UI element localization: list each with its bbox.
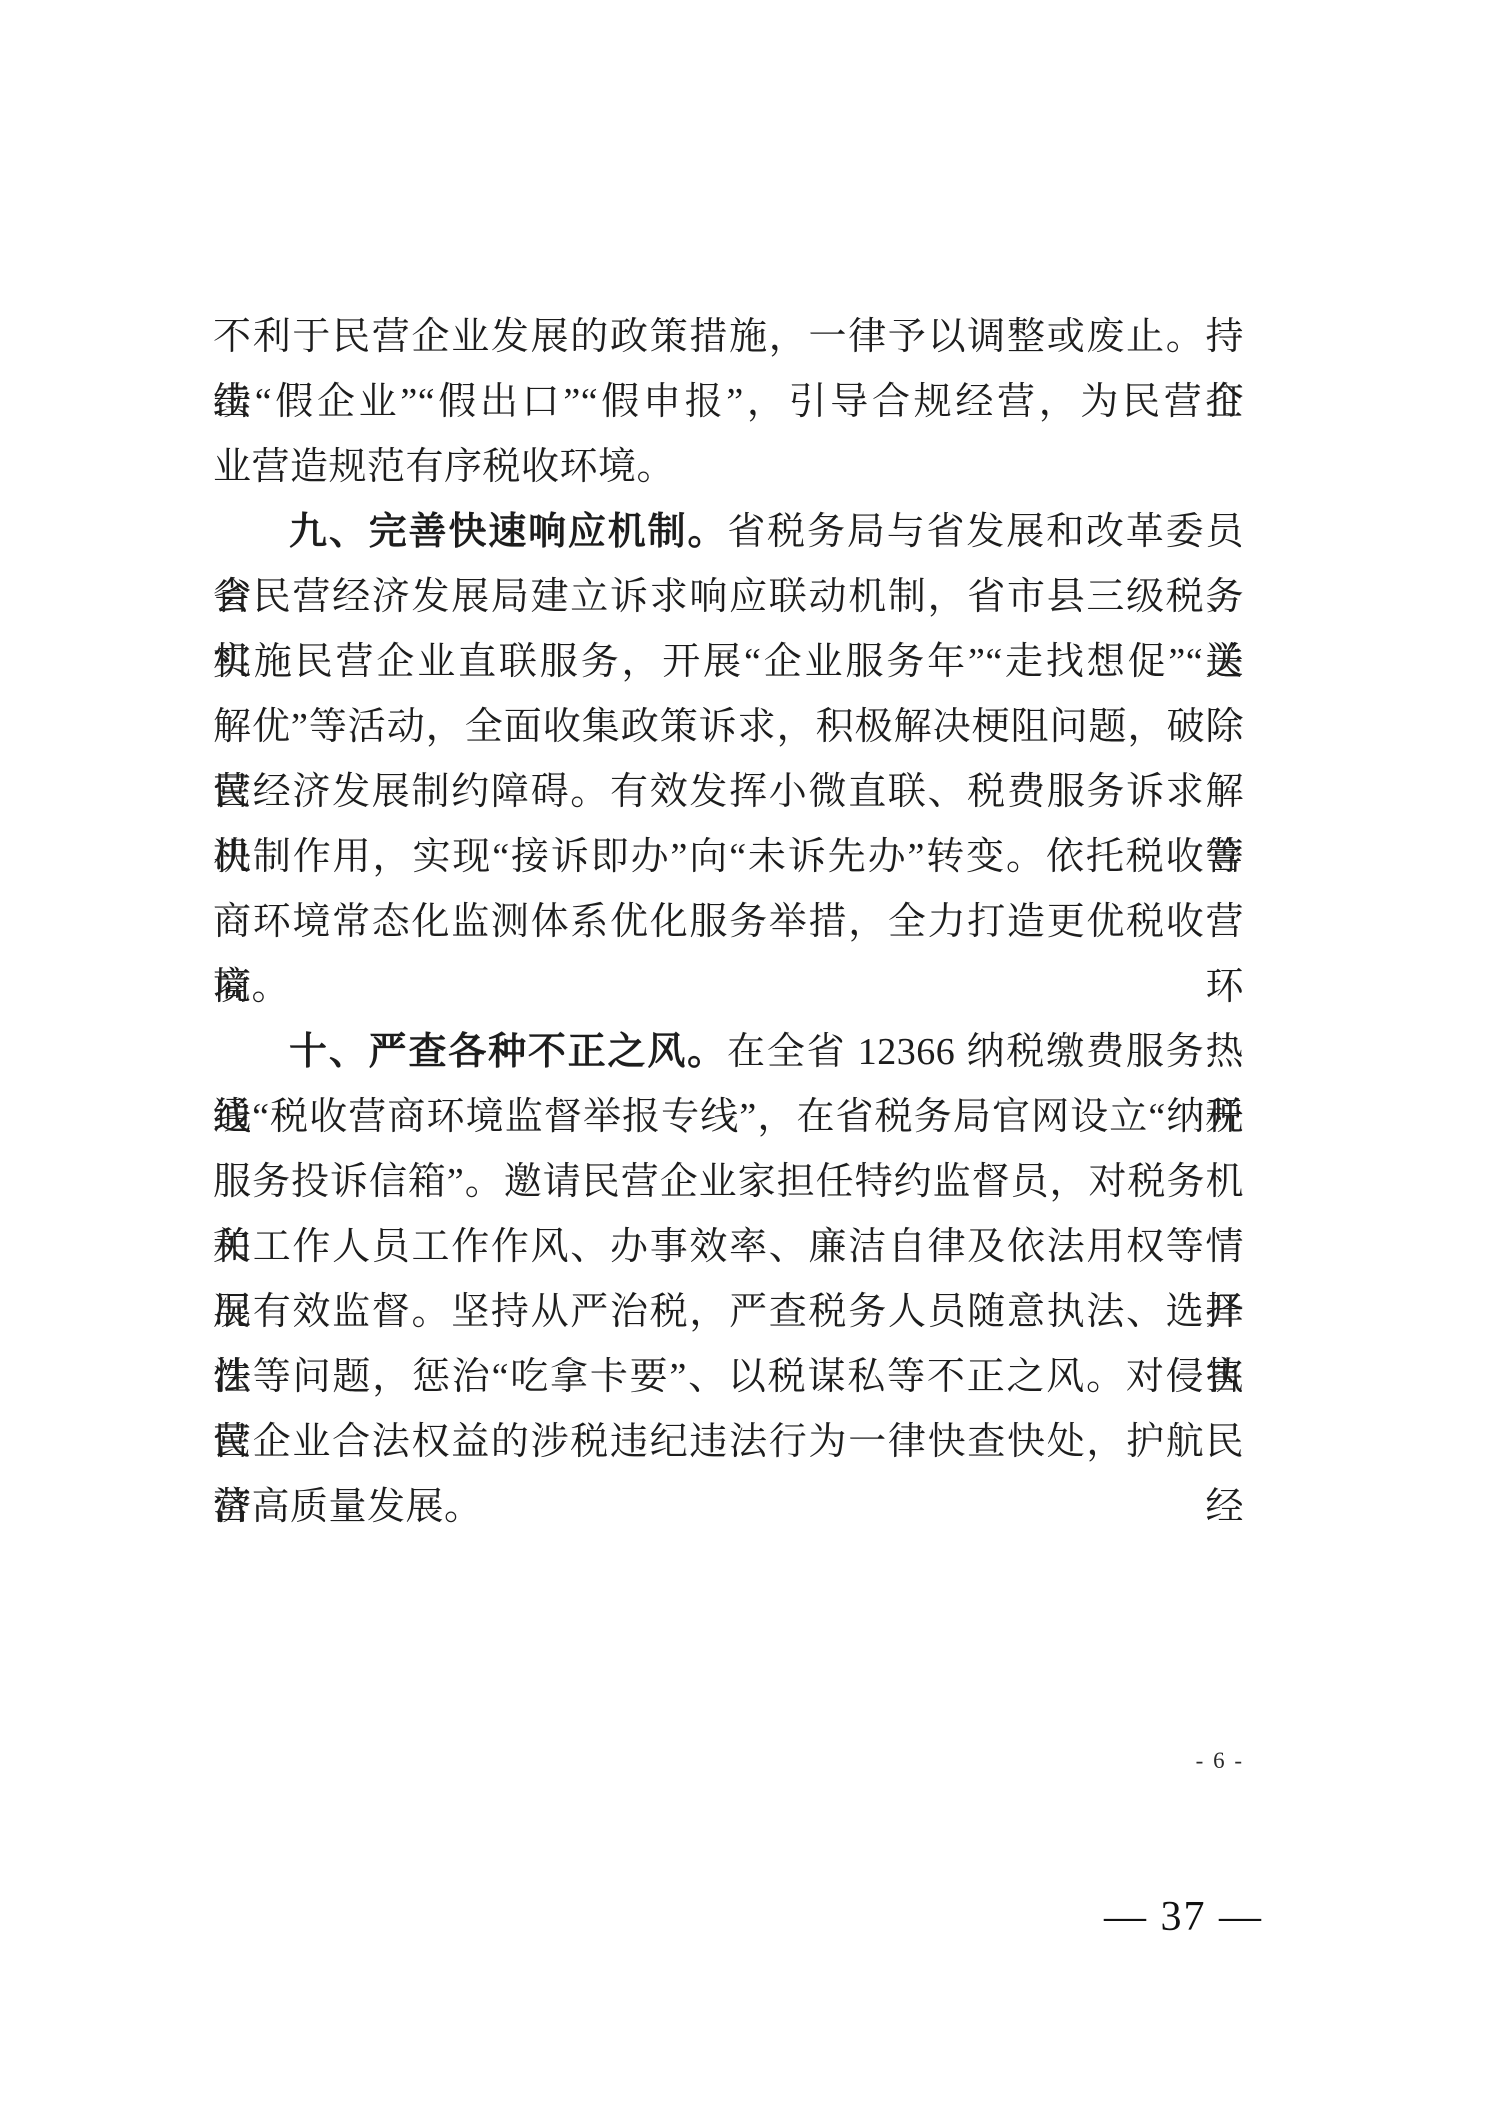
body-line-text: 商环境常态化监测体系优化服务举措，全力打造更优税收营商环 <box>213 901 1244 1008</box>
body-line: 营经济发展制约障碍。有效发挥小微直联、税费服务诉求解决等 <box>213 760 1244 825</box>
body-line: 法等问题，惩治“吃拿卡要”、以税谋私等不正之风。对侵害民 <box>213 1345 1244 1410</box>
body-line: 击“假企业”“假出口”“假申报”，引导合规经营，为民营企 <box>213 370 1244 435</box>
body-line-text: 通“税收营商环境监督举报专线”，在省税务局官网设立“纳税 <box>213 1096 1244 1138</box>
body-line: 服务投诉信箱”。邀请民营企业家担任特约监督员，对税务机关 <box>213 1150 1244 1215</box>
body-line: 商环境常态化监测体系优化服务举措，全力打造更优税收营商环 <box>213 890 1244 955</box>
corner-page-mark: - 6 - <box>1196 1748 1244 1774</box>
body-line: 营企业合法权益的涉税违纪违法行为一律快查快处，护航民营经 <box>213 1410 1244 1475</box>
body-line-text: 境。 <box>213 966 290 1008</box>
body-line: 省民营经济发展局建立诉求响应联动机制，省市县三级税务机关 <box>213 565 1244 630</box>
paragraph-1: 不利于民营企业发展的政策措施，一律予以调整或废止。持续打 击“假企业”“假出口”… <box>213 305 1244 500</box>
body-line: 展有效监督。坚持从严治税，严查税务人员随意执法、选择性执 <box>213 1280 1244 1345</box>
paragraph-3: 十、严查各种不正之风。在全省 12366 纳税缴费服务热线开 通“税收营商环境监… <box>213 1020 1244 1540</box>
body-line: 解优”等活动，全面收集政策诉求，积极解决梗阻问题，破除民 <box>213 695 1244 760</box>
body-line: 机制作用，实现“接诉即办”向“未诉先办”转变。依托税收营 <box>213 825 1244 890</box>
body-line: 通“税收营商环境监督举报专线”，在省税务局官网设立“纳税 <box>213 1085 1244 1150</box>
section-heading: 十、严查各种不正之风。 <box>289 1031 727 1073</box>
body-line-text: 机制作用，实现“接诉即办”向“未诉先办”转变。依托税收营 <box>213 836 1244 878</box>
body-line: 和工作人员工作作风、办事效率、廉洁自律及依法用权等情况开 <box>213 1215 1244 1280</box>
body-line: 业营造规范有序税收环境。 <box>213 435 1244 500</box>
paragraph-2: 九、完善快速响应机制。省税务局与省发展和改革委员会、 省民营经济发展局建立诉求响… <box>213 500 1244 1020</box>
text-block: 不利于民营企业发展的政策措施，一律予以调整或废止。持续打 击“假企业”“假出口”… <box>213 305 1244 1540</box>
body-line-text: 实施民营企业直联服务，开展“企业服务年”“走找想促”“送 <box>213 641 1244 683</box>
body-line-text: 济高质量发展。 <box>213 1486 483 1528</box>
body-line: 实施民营企业直联服务，开展“企业服务年”“走找想促”“送 <box>213 630 1244 695</box>
body-line-text: 业营造规范有序税收环境。 <box>213 446 675 488</box>
page-number: — 37 — <box>1104 1893 1263 1941</box>
body-line: 不利于民营企业发展的政策措施，一律予以调整或废止。持续打 <box>213 305 1244 370</box>
document-page: 不利于民营企业发展的政策措施，一律予以调整或废止。持续打 击“假企业”“假出口”… <box>0 0 1487 2102</box>
section-heading: 九、完善快速响应机制。 <box>289 511 727 553</box>
body-line-text: 击“假企业”“假出口”“假申报”，引导合规经营，为民营企 <box>213 381 1244 423</box>
body-line: 十、严查各种不正之风。在全省 12366 纳税缴费服务热线开 <box>213 1020 1244 1085</box>
body-line: 九、完善快速响应机制。省税务局与省发展和改革委员会、 <box>213 500 1244 565</box>
